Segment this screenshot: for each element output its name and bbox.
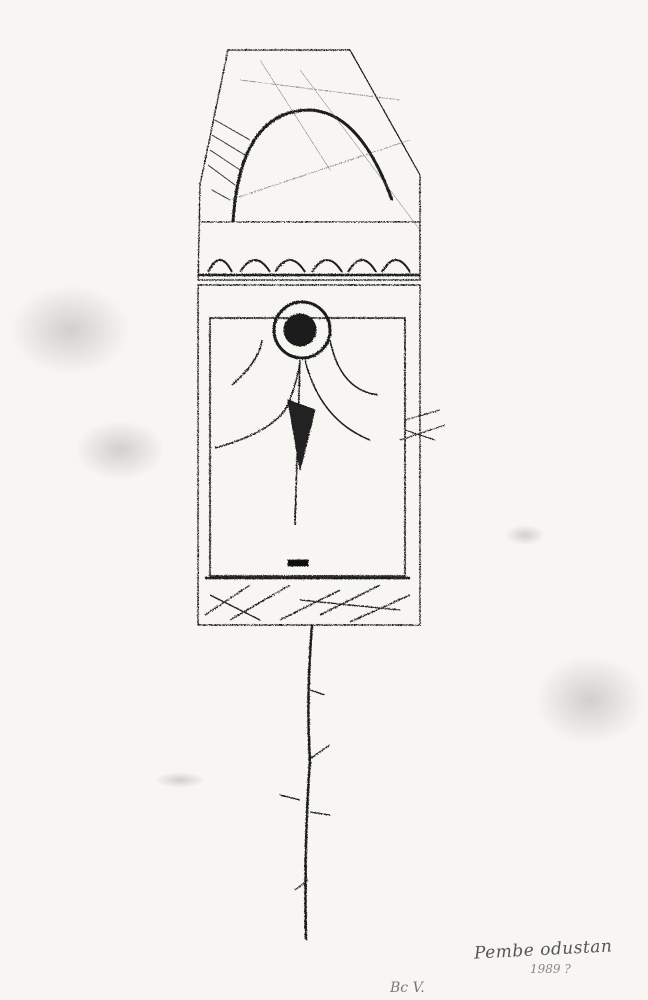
drawing	[0, 0, 648, 1000]
handwritten-initials: Bc V.	[390, 980, 425, 996]
handwritten-date: 1989 ?	[530, 962, 571, 976]
